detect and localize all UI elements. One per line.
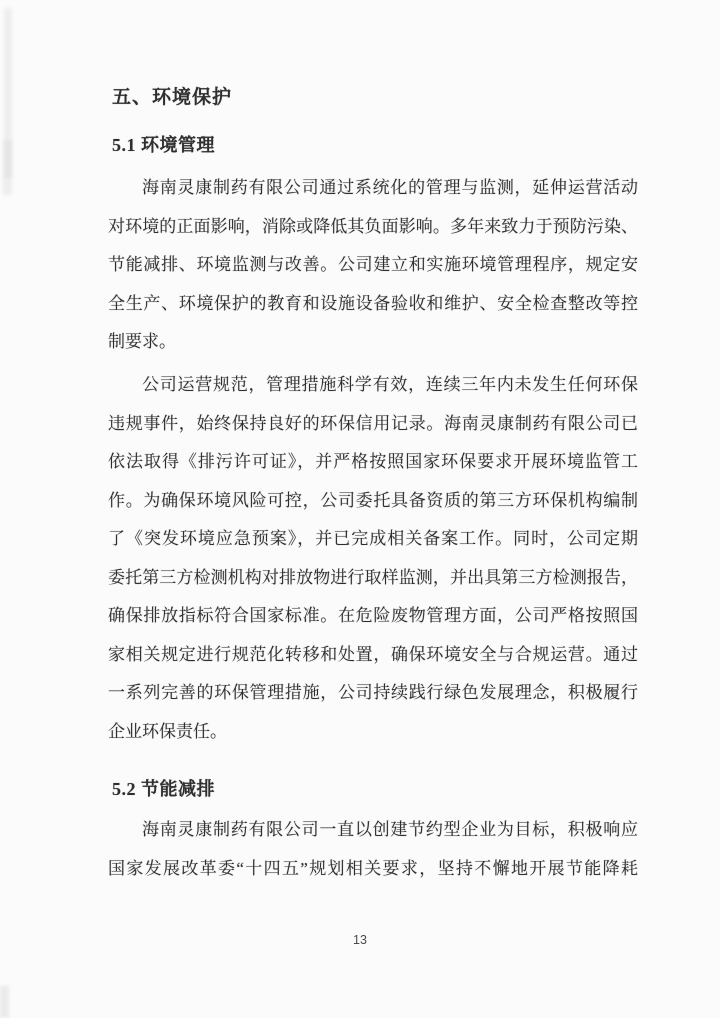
text-line: 全生产、环境保护的教育和设施设备验收和维护、安全检查整改等控 xyxy=(108,285,638,324)
scan-artifact xyxy=(3,140,12,195)
text-line: 国家发展改革委“十四五”规划相关要求，坚持不懈地开展节能降耗 xyxy=(108,850,638,889)
text-line: 海南灵康制药有限公司通过系统化的管理与监测，延伸运营活动 xyxy=(108,169,638,208)
text-line: 了《突发环境应急预案》，并已完成相关备案工作。同时，公司定期 xyxy=(108,520,638,559)
scan-artifact xyxy=(0,986,9,1018)
paragraph-environment-management-1: 海南灵康制药有限公司通过系统化的管理与监测，延伸运营活动 对环境的正面影响，消除… xyxy=(108,169,638,362)
section-heading-5-2: 5.2 节能减排 xyxy=(112,779,215,800)
text-line: 家相关规定进行规范化转移和处置，确保环境安全与合规运营。通过 xyxy=(108,636,638,675)
section-heading-5-1: 5.1 环境管理 xyxy=(112,135,215,156)
paragraph-environment-management-2: 公司运营规范，管理措施科学有效，连续三年内未发生任何环保 违规事件，始终保持良好… xyxy=(108,366,638,751)
text-line: 公司运营规范，管理措施科学有效，连续三年内未发生任何环保 xyxy=(108,366,638,405)
document-page: 五、环境保护 5.1 环境管理 海南灵康制药有限公司通过系统化的管理与监测，延伸… xyxy=(0,0,720,1018)
text-line: 一系列完善的环保管理措施，公司持续践行绿色发展理念，积极履行 xyxy=(108,674,638,713)
text-line: 违规事件，始终保持良好的环保信用记录。海南灵康制药有限公司已 xyxy=(108,405,638,444)
text-line: 企业环保责任。 xyxy=(108,713,638,752)
text-line: 委托第三方检测机构对排放物进行取样监测，并出具第三方检测报告， xyxy=(108,559,638,598)
text-line: 节能减排、环境监测与改善。公司建立和实施环境管理程序，规定安 xyxy=(108,246,638,285)
text-line: 海南灵康制药有限公司一直以创建节约型企业为目标，积极响应 xyxy=(108,811,638,850)
scan-artifact xyxy=(4,8,12,178)
text-line: 依法取得《排污许可证》，并严格按照国家环保要求开展环境监管工 xyxy=(108,443,638,482)
chapter-heading: 五、环境保护 xyxy=(112,87,232,109)
paragraph-energy-saving-1: 海南灵康制药有限公司一直以创建节约型企业为目标，积极响应 国家发展改革委“十四五… xyxy=(108,811,638,888)
text-line: 确保排放指标符合国家标准。在危险废物管理方面，公司严格按照国 xyxy=(108,597,638,636)
text-line: 作。为确保环境风险可控，公司委托具备资质的第三方环保机构编制 xyxy=(108,482,638,521)
text-line: 对环境的正面影响，消除或降低其负面影响。多年来致力于预防污染、 xyxy=(108,208,638,247)
page-number: 13 xyxy=(0,933,720,947)
text-line: 制要求。 xyxy=(108,323,638,362)
